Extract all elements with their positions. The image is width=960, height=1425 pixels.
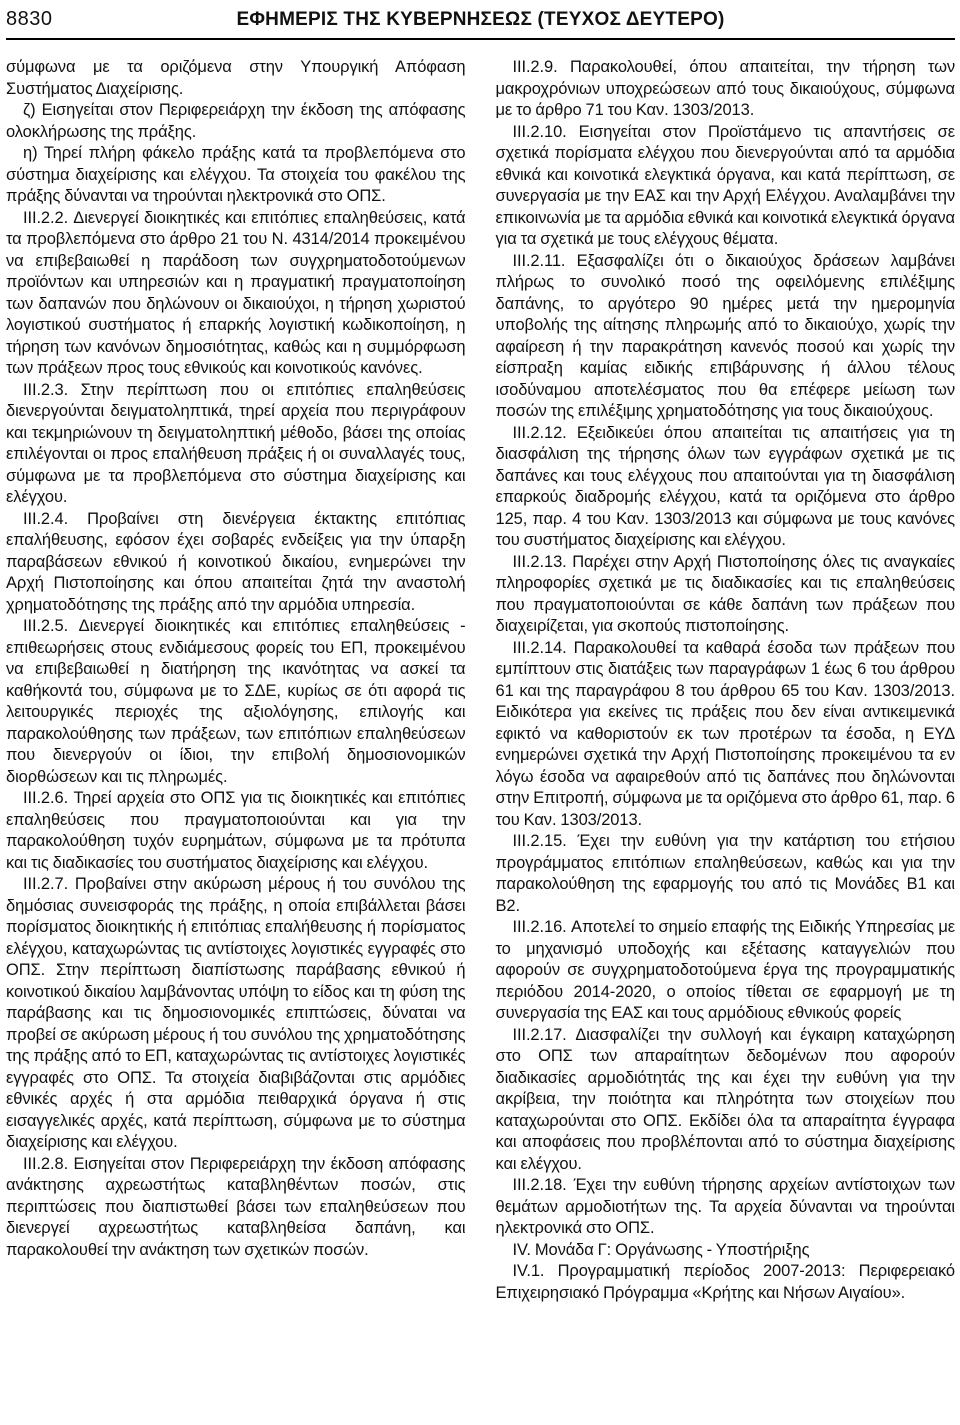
- paragraph: III.2.16. Αποτελεί το σημείο επαφής της …: [496, 917, 956, 1025]
- paragraph: III.2.2. Διενεργεί διοικητικές και επιτό…: [6, 208, 466, 380]
- paragraph: III.2.11. Εξασφαλίζει ότι ο δικαιούχος δ…: [496, 251, 956, 423]
- paragraph: III.2.3. Στην περίπτωση που οι επιτόπιες…: [6, 380, 466, 509]
- gazette-page: 8830 ΕΦΗΜΕΡΙΣ ΤΗΣ ΚΥΒΕΡΝΗΣΕΩΣ (ΤΕΥΧΟΣ ΔΕ…: [0, 0, 960, 1425]
- page-number: 8830: [6, 8, 156, 31]
- paragraph: III.2.13. Παρέχει στην Αρχή Πιστοποίησης…: [496, 552, 956, 638]
- paragraph: III.2.15. Έχει την ευθύνη για την κατάρτ…: [496, 831, 956, 917]
- paragraph: III.2.5. Διενεργεί διοικητικές και επιτό…: [6, 616, 466, 788]
- paragraph: III.2.6. Τηρεί αρχεία στο ΟΠΣ για τις δι…: [6, 788, 466, 874]
- paragraph: III.2.10. Εισηγείται στον Προϊστάμενο τι…: [496, 122, 956, 251]
- paragraph: III.2.9. Παρακολουθεί, όπου απαιτείται, …: [496, 57, 956, 122]
- header-rule: [6, 38, 955, 40]
- right-column: III.2.9. Παρακολουθεί, όπου απαιτείται, …: [496, 57, 956, 1304]
- paragraph: ζ) Εισηγείται στον Περιφερειάρχη την έκδ…: [6, 100, 466, 143]
- text-columns: σύμφωνα με τα οριζόμενα στην Υπουργική Α…: [6, 57, 955, 1304]
- paragraph: η) Τηρεί πλήρη φάκελο πράξης κατά τα προ…: [6, 143, 466, 208]
- paragraph: IV.1. Προγραμματική περίοδος 2007-2013: …: [496, 1261, 956, 1304]
- gazette-title: ΕΦΗΜΕΡΙΣ ΤΗΣ ΚΥΒΕΡΝΗΣΕΩΣ (ΤΕΥΧΟΣ ΔΕΥΤΕΡΟ…: [156, 9, 805, 31]
- paragraph: III.2.4. Προβαίνει στη διενέργεια έκτακτ…: [6, 509, 466, 617]
- page-header: 8830 ΕΦΗΜΕΡΙΣ ΤΗΣ ΚΥΒΕΡΝΗΣΕΩΣ (ΤΕΥΧΟΣ ΔΕ…: [6, 8, 955, 31]
- paragraph: III.2.8. Εισηγείται στον Περιφερειάρχη τ…: [6, 1154, 466, 1262]
- paragraph: III.2.14. Παρακολουθεί τα καθαρά έσοδα τ…: [496, 638, 956, 832]
- left-column: σύμφωνα με τα οριζόμενα στην Υπουργική Α…: [6, 57, 466, 1304]
- paragraph: III.2.18. Έχει την ευθύνη τήρησης αρχείω…: [496, 1175, 956, 1240]
- paragraph: IV. Μονάδα Γ: Οργάνωσης - Υποστήριξης: [496, 1240, 956, 1262]
- paragraph: III.2.7. Προβαίνει στην ακύρωση μέρους ή…: [6, 874, 466, 1154]
- paragraph: III.2.12. Εξειδικεύει όπου απαιτείται τι…: [496, 423, 956, 552]
- paragraph: III.2.17. Διασφαλίζει την συλλογή και έγ…: [496, 1025, 956, 1176]
- paragraph: σύμφωνα με τα οριζόμενα στην Υπουργική Α…: [6, 57, 466, 100]
